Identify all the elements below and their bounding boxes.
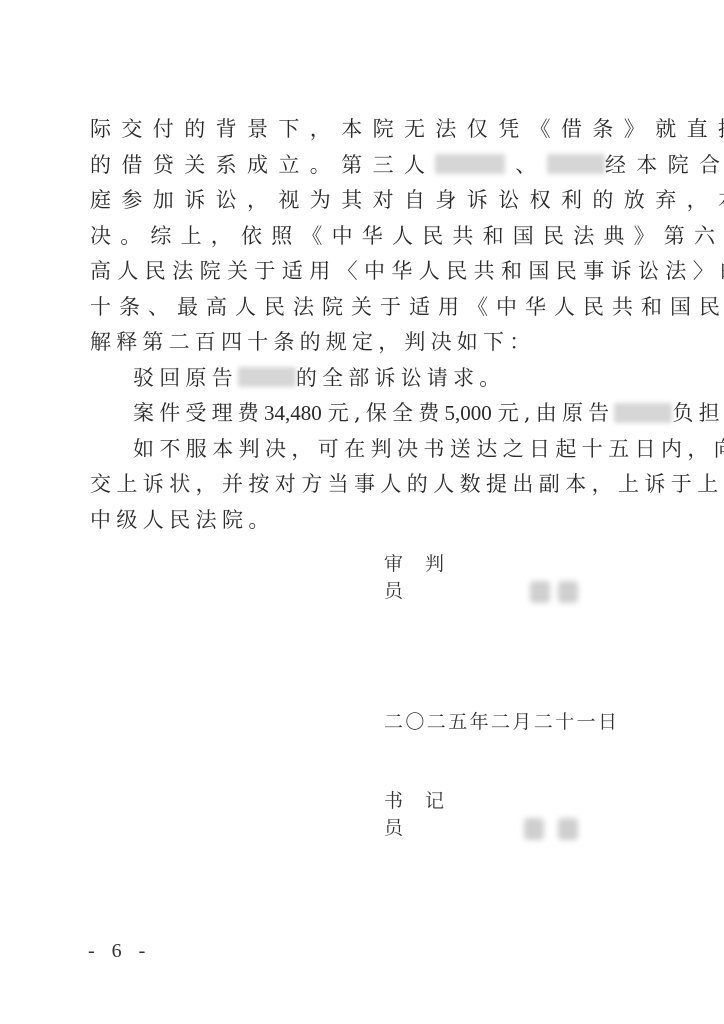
redacted-judge-name bbox=[510, 581, 568, 603]
judgment-date: 二〇二五年二月二十一日 bbox=[384, 707, 619, 734]
fees-line: 案件受理费34,480元,保全费5,000元,由原告负担。 bbox=[90, 396, 638, 432]
text-segment: 的借贷关系成立。第三人 bbox=[90, 153, 435, 177]
redacted-clerk-name bbox=[510, 818, 568, 840]
clerk-signature: 书记员 bbox=[384, 786, 568, 840]
judgment-line: 驳回原告的全部诉讼请求。 bbox=[90, 361, 638, 397]
text-segment: 、 bbox=[515, 153, 546, 177]
redacted-third-party-name-1 bbox=[435, 154, 505, 174]
case-fee-amount: 34,480 bbox=[264, 401, 322, 425]
page-number: - 6 - bbox=[88, 940, 151, 963]
text-segment: 的全部诉讼请求。 bbox=[296, 366, 506, 390]
preservation-fee-amount: 5,000 bbox=[444, 401, 491, 425]
judge-signature: 审判员 bbox=[384, 549, 568, 603]
paragraph-line: 际交付的背景下，本院无法仅凭《借条》就直接认定原、被告间 bbox=[90, 112, 638, 148]
document-page: 际交付的背景下，本院无法仅凭《借条》就直接认定原、被告间 的借贷关系成立。第三人… bbox=[0, 0, 724, 1024]
appeal-line: 如不服本判决，可在判决书送达之日起十五日内，向本院递 bbox=[90, 432, 638, 468]
paragraph-line: 十条、最高人民法院关于适用《中华人民共和国民事诉讼法》的 bbox=[90, 290, 638, 326]
paragraph-line: 决。综上，依照《中华人民共和国民法典》第六百七十九条、《最 bbox=[90, 219, 638, 255]
paragraph-line: 高人民法院关于适用〈中华人民共和国民事诉讼法〉的解释》第九 bbox=[90, 254, 638, 290]
paragraph-line: 解释第二百四十条的规定，判决如下： bbox=[90, 325, 638, 361]
redacted-plaintiff-name bbox=[238, 367, 296, 387]
judgment-body: 际交付的背景下，本院无法仅凭《借条》就直接认定原、被告间 的借贷关系成立。第三人… bbox=[90, 112, 638, 538]
appeal-line: 交上诉状，并按对方当事人的人数提出副本，上诉于上海市第一 bbox=[90, 467, 638, 503]
paragraph-line-third-party: 的借贷关系成立。第三人、经本院合法传唤，未到 bbox=[90, 148, 638, 184]
paragraph-line: 庭参加诉讼，视为其对自身诉讼权利的放弃，本院可依法缺席判 bbox=[90, 183, 638, 219]
judge-label: 审判员 bbox=[384, 549, 496, 603]
text-segment: 元,保全费 bbox=[328, 401, 445, 425]
text-segment: 元,由原告 bbox=[498, 401, 615, 425]
redacted-plaintiff-name bbox=[614, 403, 672, 423]
text-segment: 经本院合法传唤，未到 bbox=[605, 153, 724, 177]
text-segment: 驳回原告 bbox=[133, 366, 238, 390]
appeal-line: 中级人民法院。 bbox=[90, 503, 638, 539]
redacted-third-party-name-2 bbox=[547, 154, 605, 174]
text-segment: 负担。 bbox=[672, 401, 724, 425]
text-segment: 案件受理费 bbox=[133, 401, 264, 425]
clerk-label: 书记员 bbox=[384, 786, 496, 840]
